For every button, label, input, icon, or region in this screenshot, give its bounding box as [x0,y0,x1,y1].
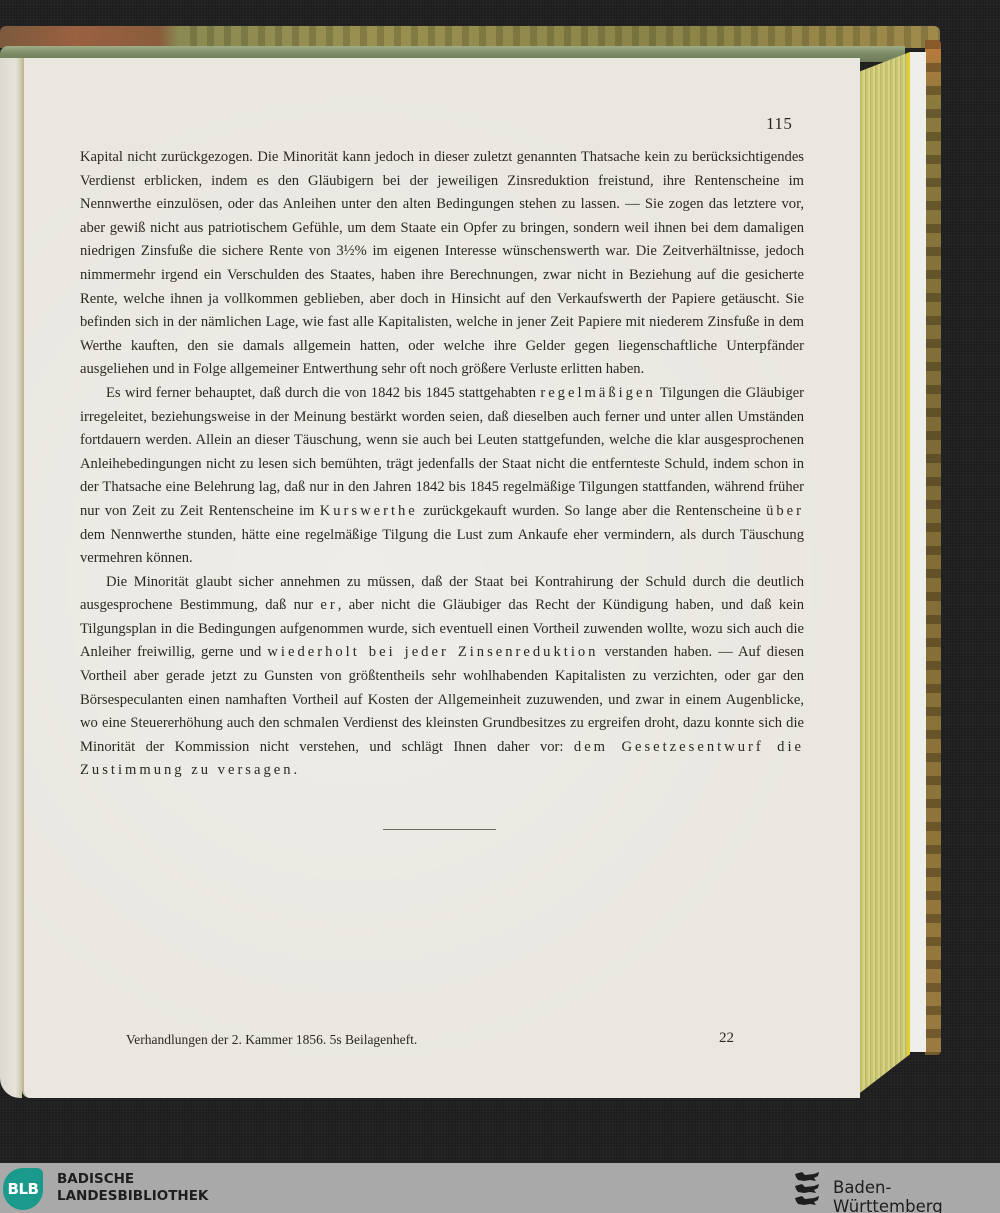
viewer-banner: BLB BADISCHE LANDESBIBLIOTHEK Baden-Würt… [0,1163,1000,1213]
endpaper-edge [910,52,926,1052]
text-run: Kapital nicht zurückgezogen. Die Minorit… [80,149,804,377]
paragraph: Die Minorität glaubt sicher annehmen zu … [80,571,804,783]
previous-page-leaf [0,58,22,1098]
section-divider-rule [383,829,496,830]
text-run: Tilgungen die Gläubiger irregeleitet, be… [80,385,804,519]
blb-name-line2: LANDESBIBLIOTHEK [57,1188,208,1205]
signature-mark: 22 [719,1030,734,1047]
blb-logo-icon[interactable]: BLB [3,1168,43,1210]
blb-name-line1: BADISCHE [57,1171,208,1188]
page-number: 115 [766,114,792,134]
text-run: dem Nennwerthe stunden, hätte eine regel… [80,527,804,567]
emphasized-text: regelmäßigen [540,385,655,401]
book-cover-top-edge [0,26,940,48]
text-run: zurückgekauft wurden. So lange aber die … [418,503,766,519]
three-lions-emblem-icon [792,1170,822,1208]
running-footer-title: Verhandlungen der 2. Kammer 1856. 5s Bei… [126,1032,417,1048]
emphasized-text: über [766,503,804,519]
baden-wuerttemberg-label[interactable]: Baden-Württemberg [833,1178,1000,1213]
emphasized-text: wiederholt bei jeder Zinsenreduktion [267,644,598,660]
page-block-fore-edge [856,52,910,1096]
paragraph: Kapital nicht zurückgezogen. Die Minorit… [80,146,804,382]
paragraph: Es wird ferner behauptet, daß durch die … [80,382,804,571]
book-cover-right-edge [925,40,941,1055]
emphasized-text: Kurswerthe [320,503,418,519]
blb-name[interactable]: BADISCHE LANDESBIBLIOTHEK [57,1171,208,1205]
text-run: Es wird ferner behauptet, daß durch die … [106,385,540,401]
page-body-text: Kapital nicht zurückgezogen. Die Minorit… [80,146,804,783]
emphasized-text: er [320,597,337,613]
